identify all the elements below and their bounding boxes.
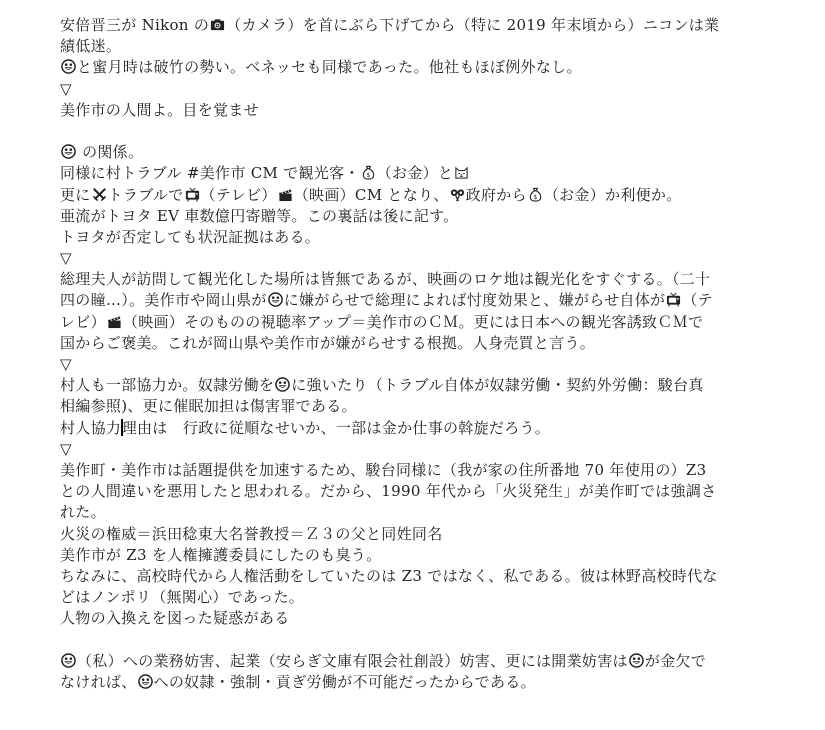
text-segment: （テレビ） — [201, 186, 277, 204]
text-line: の関係。 — [60, 142, 750, 163]
cat-face-icon — [454, 165, 469, 180]
text-line: 国からご褒美。これが岡山県や美作市が嫌がらせする根拠。人身売買と言う。 — [60, 333, 750, 354]
text-line: 美作町・美作市は話題提供を加速するため、駿台同様に（我が家の住所番地 70 年使… — [60, 460, 750, 481]
text-segment: （カメラ）を首にぶら下げてから（特に 2019 年末頃から）ニコンは業 — [226, 16, 719, 34]
text-segment: 相編参照)、更に催眠加担は傷害罪である。 — [60, 397, 357, 415]
smiley-face-icon — [61, 653, 76, 668]
text-segment: ちなみに、高校時代から人権活動をしていたのは Z3 ではなく、私である。彼は林野… — [60, 567, 718, 585]
text-segment: （映画）CM となり、 — [294, 186, 449, 204]
text-segment: 村人も一部協力か。奴隷労働を — [60, 376, 274, 394]
text-line: 績低迷。 — [60, 36, 750, 57]
text-segment: 美作市が Z3 を人権擁護委員にしたのも臭う。 — [60, 546, 381, 564]
text-segment: 村人協力 — [60, 419, 121, 437]
text-segment: どはノンポリ（無関心）であった。 — [60, 588, 304, 606]
clapper-board-icon — [278, 187, 293, 202]
text-segment: 火災の権威＝浜田稔東大名誉教授＝Ｚ３の父と同姓同名 — [60, 525, 443, 543]
text-segment: 安倍晋三が Nikon の — [60, 16, 209, 34]
text-segment: （私）への業務妨害、起業（安らぎ文庫有限会社創設）妨害、更には開業妨害は — [77, 652, 628, 670]
text-segment: 総理夫人が訪問して観光化した場所は皆無であるが、映画のロケ地は観光化をすぐする。… — [60, 270, 710, 288]
text-line: 村人協力理由は 行政に従順なせいか、一部は金か仕事の斡旋だろう。 — [60, 418, 750, 439]
smiley-face-icon — [138, 674, 153, 689]
television-icon — [185, 187, 200, 202]
document-body[interactable]: 安倍晋三が Nikon の（カメラ）を首にぶら下げてから（特に 2019 年末頃… — [60, 15, 750, 693]
smiley-face-icon — [61, 59, 76, 74]
money-bag-icon: $ — [361, 165, 376, 180]
text-segment: ▽ — [60, 80, 72, 98]
smiley-face-icon — [268, 292, 283, 307]
text-line: ▽ — [60, 79, 750, 100]
text-segment: ▽ — [60, 249, 72, 267]
text-segment: 績低迷。 — [60, 37, 121, 55]
text-segment: 理由は 行政に従順なせいか、一部は金か仕事の斡旋だろう。 — [122, 419, 550, 437]
text-line: レビ）（映画）そのものの視聴率アップ＝美作市のＣＭ。更には日本への観光客誘致ＣＭ… — [60, 312, 750, 333]
text-line: と蜜月時は破竹の勢い。ベネッセも同様であった。他社もほぼ例外なし。 — [60, 57, 750, 78]
text-segment: （お金）か利便か。 — [544, 186, 682, 204]
text-segment: ▽ — [60, 440, 72, 458]
blank-line — [60, 121, 750, 142]
text-segment: （テ — [682, 291, 713, 309]
text-line: 更にトラブルで（テレビ）（映画）CM となり、政府から$（お金）か利便か。 — [60, 185, 750, 206]
text-line: 亜流がトヨタ EV 車数億円寄贈等。この裏話は後に記す。 — [60, 206, 750, 227]
text-segment: ▽ — [60, 355, 72, 373]
smiley-face-icon — [629, 653, 644, 668]
text-line: 四の瞳…）。美作市や岡山県がに嫌がらせで総理によれば忖度効果と、嫌がらせ自体が（… — [60, 290, 750, 311]
text-line: 総理夫人が訪問して観光化した場所は皆無であるが、映画のロケ地は観光化をすぐする。… — [60, 269, 750, 290]
text-line: 安倍晋三が Nikon の（カメラ）を首にぶら下げてから（特に 2019 年末頃… — [60, 15, 750, 36]
text-line: 村人も一部協力か。奴隷労働をに強いたり（トラブル自体が奴隷労働・契約外労働：駿台… — [60, 375, 750, 396]
svg-text:$: $ — [533, 194, 537, 201]
text-line: なければ、への奴隷・強制・貢ぎ労働が不可能だったからである。 — [60, 672, 750, 693]
text-segment: 政府から — [466, 186, 527, 204]
text-line: 同様に村トラブル #美作市 CM で観光客・$（お金）と — [60, 163, 750, 184]
text-segment: と蜜月時は破竹の勢い。ベネッセも同様であった。他社もほぼ例外なし。 — [77, 58, 582, 76]
text-segment: （お金）と — [377, 164, 454, 182]
text-segment: トラブルで — [108, 186, 184, 204]
text-segment: 亜流がトヨタ EV 車数億円寄贈等。この裏話は後に記す。 — [60, 207, 459, 225]
text-segment: の関係。 — [77, 143, 143, 161]
svg-text:$: $ — [366, 172, 370, 179]
smiley-face-icon — [61, 144, 76, 159]
clapper-board-icon — [107, 314, 122, 329]
text-line: ▽ — [60, 248, 750, 269]
text-segment: （映画）そのものの視聴率アップ＝美作市のＣＭ。更には日本への観光客誘致ＣＭで — [123, 313, 703, 331]
blank-line — [60, 629, 750, 650]
text-segment: 美作市の人間よ。目を覚ませ — [60, 101, 259, 119]
text-line: トヨタが否定しても状況証拠はある。 — [60, 227, 750, 248]
text-line: 火災の権威＝浜田稔東大名誉教授＝Ｚ３の父と同姓同名 — [60, 524, 750, 545]
text-segment: への奴隷・強制・貢ぎ労働が不可能だったからである。 — [154, 673, 536, 691]
money-bag-icon: $ — [528, 187, 543, 202]
text-segment: 人物の入換えを図った疑惑がある — [60, 609, 290, 627]
text-segment: に強いたり（トラブル自体が奴隷労働・契約外労働：駿台真 — [291, 376, 704, 394]
text-segment: レビ） — [60, 313, 106, 331]
text-segment: に嫌がらせで総理によれば忖度効果と、嫌がらせ自体が — [284, 291, 666, 309]
text-line: 美作市が Z3 を人権擁護委員にしたのも臭う。 — [60, 545, 750, 566]
handshake-icon — [450, 187, 465, 202]
camera-icon — [210, 17, 225, 32]
text-segment: 美作町・美作市は話題提供を加速するため、駿台同様に（我が家の住所番地 70 年使… — [60, 461, 707, 479]
text-segment: れた。 — [60, 503, 106, 521]
text-segment: 同様に村トラブル #美作市 CM で観光客・ — [60, 164, 360, 182]
text-line: 相編参照)、更に催眠加担は傷害罪である。 — [60, 396, 750, 417]
text-line: ちなみに、高校時代から人権活動をしていたのは Z3 ではなく、私である。彼は林野… — [60, 566, 750, 587]
text-line: ▽ — [60, 439, 750, 460]
text-line: どはノンポリ（無関心）であった。 — [60, 587, 750, 608]
text-segment: トヨタが否定しても状況証拠はある。 — [60, 228, 320, 246]
text-segment: との人間違いを悪用したと思われる。だから、1990 年代から「火災発生」が美作町… — [60, 482, 716, 500]
text-segment: 四の瞳…）。美作市や岡山県が — [60, 291, 267, 309]
text-line: 美作市の人間よ。目を覚ませ — [60, 100, 750, 121]
text-line: ▽ — [60, 354, 750, 375]
text-line: 人物の入換えを図った疑惑がある — [60, 608, 750, 629]
text-segment: が金欠で — [645, 652, 706, 670]
text-segment: 更に — [60, 186, 91, 204]
text-line: れた。 — [60, 502, 750, 523]
television-icon — [666, 292, 681, 307]
crossed-swords-icon — [92, 187, 107, 202]
smiley-face-icon — [275, 377, 290, 392]
text-segment: なければ、 — [60, 673, 137, 691]
text-segment: 国からご褒美。これが岡山県や美作市が嫌がらせする根拠。人身売買と言う。 — [60, 334, 595, 352]
text-line: との人間違いを悪用したと思われる。だから、1990 年代から「火災発生」が美作町… — [60, 481, 750, 502]
text-line: （私）への業務妨害、起業（安らぎ文庫有限会社創設）妨害、更には開業妨害はが金欠で — [60, 651, 750, 672]
